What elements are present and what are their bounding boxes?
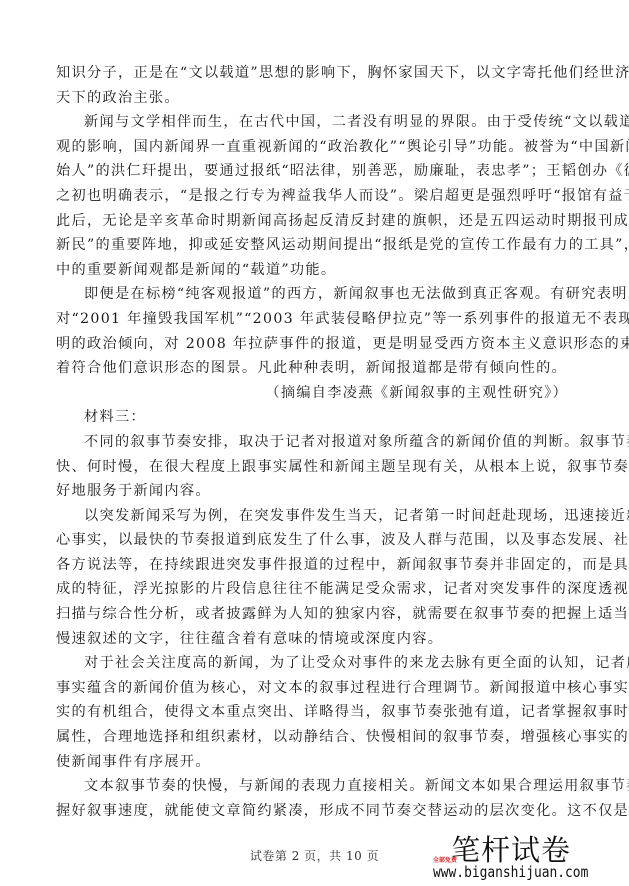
watermark-url: www.biganshijuan.com bbox=[433, 863, 588, 881]
text-line: 心事实，以最快的节奏报道到底发生了什么事，波及人群与范围，以及事态发展、社会反应… bbox=[56, 528, 572, 553]
text-line: 即便是在标榜“纯客观报道”的西方，新闻叙事也无法做到真正客观。有研究表明，美国 bbox=[56, 282, 572, 307]
section-label: 材料三： bbox=[56, 405, 572, 430]
text-line: 知识分子，正是在“文以载道”思想的影响下，胸怀家国天下，以文字寄托他们经世济民、… bbox=[56, 61, 572, 86]
text-line: 对“2001 年撞毁我国军机”“2003 年武装侵略伊拉克”等一系列事件的报道无… bbox=[56, 307, 572, 332]
text-line: 不同的叙事节奏安排，取决于记者对报道对象所蕴含的新闻价值的判断。叙事节奏何时 bbox=[56, 430, 572, 455]
text-line: 好地服务于新闻内容。 bbox=[56, 479, 572, 504]
text-line: 扫描与综合性分析，或者披露鲜为人知的独家内容，就需要在叙事节奏的把握上适当趋向平… bbox=[56, 602, 572, 627]
text-line: 文本叙事节奏的快慢，与新闻的表现力直接相关。新闻文本如果合理运用叙事节奏，掌 bbox=[56, 774, 572, 799]
text-line: 始人”的洪仁玕提出，要通过报纸“昭法律，别善恶，励廉耻，表忠孝”；王韬创办《循环… bbox=[56, 159, 572, 184]
text-line: 以突发新闻采写为例，在突发事件发生当天，记者第一时间赶赴现场，迅速接近新闻核 bbox=[56, 504, 572, 529]
text-line: 观的影响，国内新闻界一直重视新闻的“政治教化”“舆论引导”功能。被誉为“中国新闻… bbox=[56, 135, 572, 160]
text-line: 之初也明确表示，“是报之行专为裨益我华人而设”。梁启超更是强烈呼吁“报馆有益于国… bbox=[56, 184, 572, 209]
text-line: 对于社会关注度高的新闻，为了让受众对事件的来龙去脉有更全面的认知，记者应该以 bbox=[56, 651, 572, 676]
text-line: 事实蕴含的新闻价值为核心，对文本的叙事过程进行合理调节。新闻报道中核心事实与辅助… bbox=[56, 676, 572, 701]
text-line: 新民”的重要阵地，抑或延安整风运动期间提出“报纸是党的宣传工作最有力的工具”，贯… bbox=[56, 233, 572, 258]
text-line: 慢速叙述的文字，往往蕴含着有意味的情境或深度内容。 bbox=[56, 627, 572, 652]
text-line: 中的重要新闻观都是新闻的“载道”功能。 bbox=[56, 258, 572, 283]
text-line: 各方说法等，在持续跟进突发事件报道的过程中，新闻叙事节奏并非固定的，而是具有动态… bbox=[56, 553, 572, 578]
text-line: 成的特征，浮光掠影的片段信息往往不能满足受众需求，记者对突发事件的深度透视、全景… bbox=[56, 577, 572, 602]
text-line: 握好叙事速度，就能使文章简约紧凑，形成不同节奏交替运动的层次变化。这不仅是为了考… bbox=[56, 799, 572, 824]
text-line: 实的有机组合，使得文本重点突出、详略得当，叙事节奏张弛有道，记者掌握叙事时间间隔… bbox=[56, 700, 572, 725]
text-line: 使新闻事件有序展开。 bbox=[56, 750, 572, 775]
source-citation: （摘编自李凌燕《新闻叙事的主观性研究》） bbox=[56, 381, 572, 406]
text-line: 快、何时慢，在很大程度上跟事实属性和新闻主题呈现有关，从根本上说，叙事节奏是为了… bbox=[56, 455, 572, 480]
text-line: 天下的政治主张。 bbox=[56, 86, 572, 111]
text-line: 明的政治倾向，对 2008 年拉萨事件的报道，更是明显受西方资本主义意识形态的束… bbox=[56, 332, 572, 357]
text-line: 属性，合理地选择和组织素材，以动静结合、快慢相间的叙事节奏，增强核心事实的表达力… bbox=[56, 725, 572, 750]
text-line: 着符合他们意识形态的图景。凡此种种表明，新闻报道都是带有倾向性的。 bbox=[56, 356, 572, 381]
document-page: 知识分子，正是在“文以载道”思想的影响下，胸怀家国天下，以文字寄托他们经世济民、… bbox=[56, 61, 572, 823]
watermark-logo: 全部免费 笔杆试卷 www.biganshijuan.com bbox=[433, 832, 629, 886]
text-line: 新闻与文学相伴而生，在古代中国，二者没有明显的界限。由于受传统“文以载道”文艺 bbox=[56, 110, 572, 135]
text-line: 此后，无论是辛亥革命时期新闻高扬起反清反封建的旗帜，还是五四运动时期报刊成为“救… bbox=[56, 209, 572, 234]
